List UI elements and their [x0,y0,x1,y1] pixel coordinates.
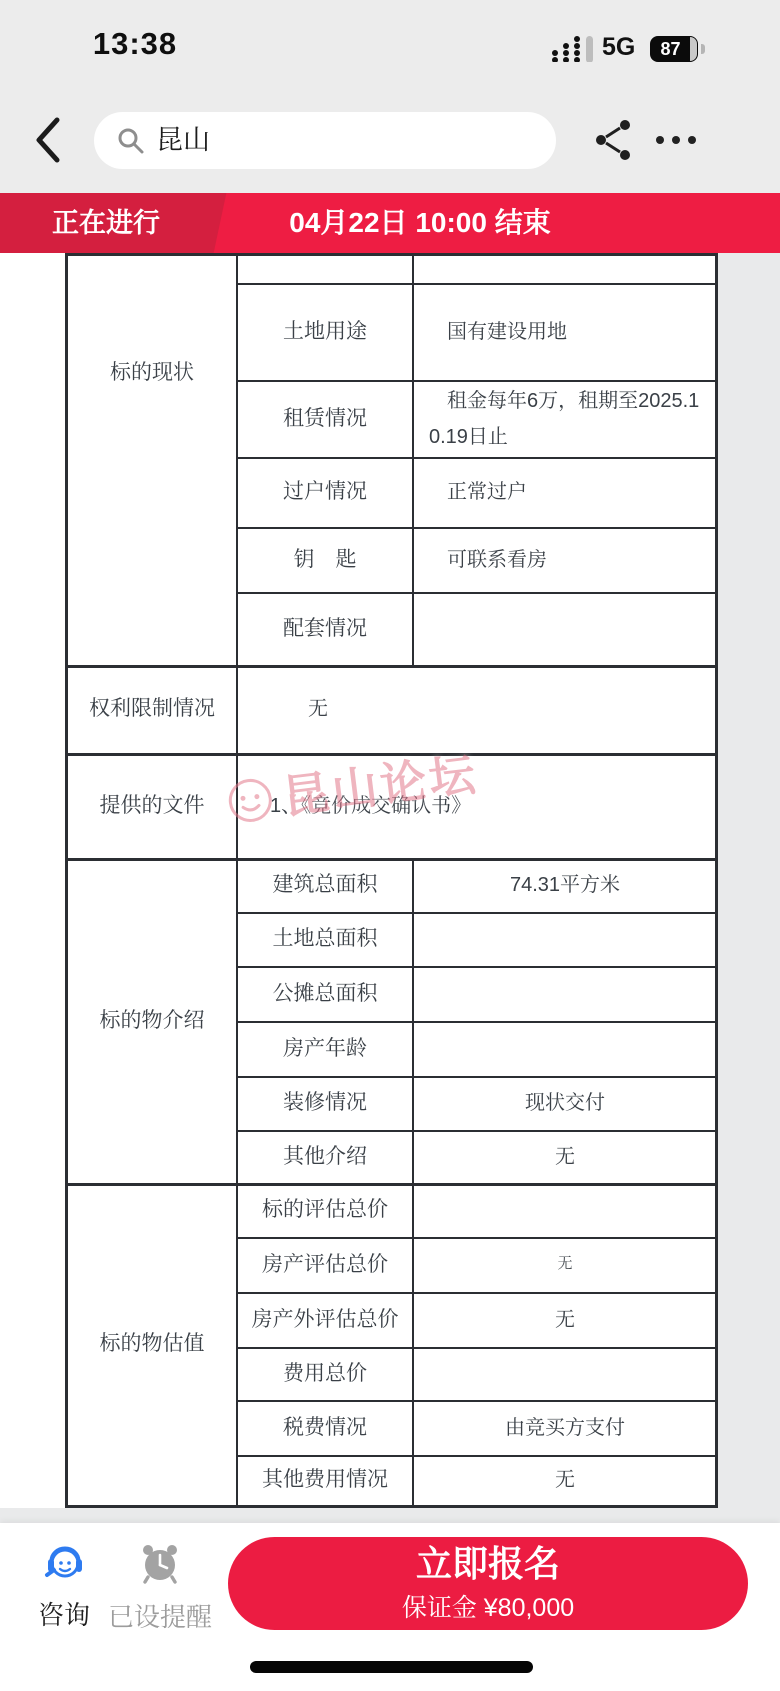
battery-empty-part [690,37,697,61]
table-cell-value: 国有建设用地 [415,283,747,380]
deposit-label: 保证金 ¥80,000 [402,1588,574,1624]
battery-nub [701,44,705,54]
share-icon[interactable] [590,117,636,163]
table-cell-value [415,1347,715,1400]
status-time: 13:38 [70,26,200,62]
table-cell-label: 其他介绍 [238,1130,412,1183]
battery-percent: 87 [650,36,691,62]
table-cell-value [415,966,715,1021]
table-cell-label: 公摊总面积 [238,966,412,1021]
group-label-documents: 提供的文件 [68,753,236,858]
auction-end-time: 04月22日 10:00 结束 [215,193,625,253]
back-icon[interactable] [33,116,63,164]
group-label-intro: 标的物介绍 [68,858,236,1183]
table-cell-value: 可联系看房 [415,527,747,592]
table-cell-label: 费用总价 [238,1347,412,1400]
property-detail-table: 标的现状 权利限制情况 提供的文件 标的物介绍 标的物估值 土地用途 国有建设用… [65,253,718,1508]
table-cell-label: 过户情况 [238,457,412,527]
table-cell-value [415,1183,715,1237]
signal-strength-icon [550,34,596,62]
table-cell-value: 无 [415,1237,715,1292]
table-cell-label: 其他费用情况 [238,1455,412,1505]
signup-button-label: 立即报名 [416,1543,560,1584]
table-cell-label: 标的评估总价 [238,1183,412,1237]
search-value: 昆山 [156,112,210,169]
group-label-status: 标的现状 [68,353,236,393]
table-cell-label: 房产评估总价 [238,1237,412,1292]
divider [412,253,414,665]
app-screen: 13:38 5G 87 昆山 [0,0,780,1691]
table-cell-label: 租赁情况 [238,380,412,457]
group-label-valuation: 标的物估值 [68,1183,236,1505]
table-cell-value: 无 [415,1292,715,1347]
table-cell-label: 房产外评估总价 [238,1292,412,1347]
reminder-label: 已设提醒 [108,1597,212,1634]
divider [65,253,718,256]
table-cell-label: 装修情况 [238,1076,412,1130]
reminder-set-button[interactable]: 已设提醒 [108,1542,212,1634]
table-cell-value [415,1021,715,1076]
table-cell-label: 土地用途 [238,283,412,380]
signup-button[interactable]: 立即报名 保证金 ¥80,000 [228,1537,748,1630]
alarm-clock-icon [139,1542,181,1584]
auction-status: 正在进行 [0,193,212,253]
page-background-right [718,253,780,1508]
divider [65,1505,718,1508]
search-input[interactable]: 昆山 [94,112,556,169]
watermark-text: 昆山论坛 [279,738,482,827]
table-cell-value: 正常过户 [415,457,747,527]
table-cell-label: 建筑总面积 [238,858,412,912]
table-cell-label: 房产年龄 [238,1021,412,1076]
table-cell-value: 74.31平方米 [415,858,715,912]
table-cell-value: 无 [415,1455,715,1505]
customer-service-icon [44,1542,84,1582]
consult-label: 咨询 [12,1595,116,1632]
page-background-bottom [0,1508,780,1523]
watermark-stamp-icon [225,775,276,826]
group-label-rights: 权利限制情况 [68,665,236,753]
search-icon [116,126,146,156]
table-cell-value: 租金每年6万，租期至2025.1 0.19日止 [429,380,715,457]
table-cell-value [415,912,715,966]
home-indicator[interactable] [250,1661,533,1673]
table-cell-label: 配套情况 [238,592,412,665]
network-type: 5G [602,33,635,62]
more-icon[interactable] [650,117,702,163]
battery-icon: 87 [650,36,698,62]
table-cell-label: 税费情况 [238,1400,412,1455]
table-cell-value: 无 [415,1130,715,1183]
auction-banner: 正在进行 04月22日 10:00 结束 [0,193,780,253]
table-cell-value: 由竞买方支付 [415,1400,715,1455]
table-cell-value: 现状交付 [415,1076,715,1130]
divider [715,253,718,1508]
header: 13:38 5G 87 昆山 [0,0,780,193]
table-cell-value [415,592,747,665]
consult-button[interactable]: 咨询 [12,1542,116,1632]
table-cell-label: 土地总面积 [238,912,412,966]
table-cell-label: 钥 匙 [238,527,412,592]
